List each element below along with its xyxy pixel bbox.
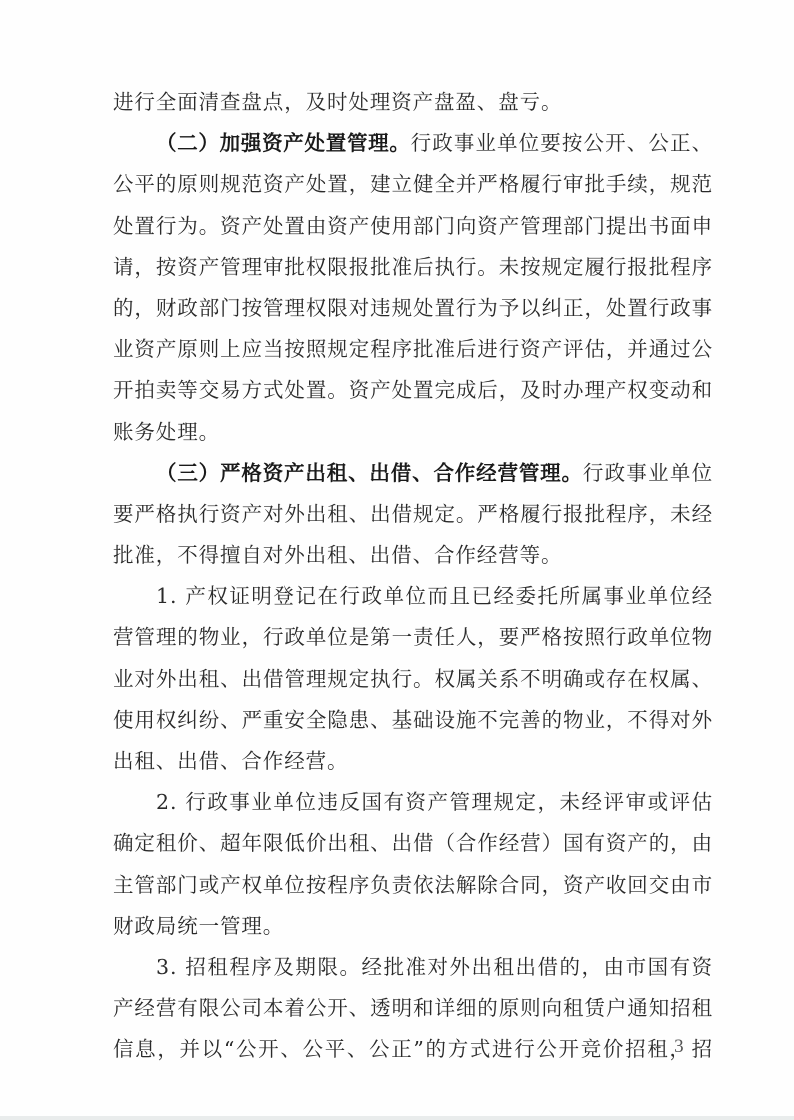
page-number: - 3 - (655, 1036, 707, 1058)
text-line: 的，财政部门按管理权限对违规处置行为予以纠正，处置行政事 (113, 288, 713, 329)
text-line: 主管部门或产权单位按程序负责依法解除合同，资产收回交由市 (113, 865, 713, 906)
section-heading: （二）加强资产处置管理。 (156, 131, 411, 155)
text-line: 营管理的物业，行政单位是第一责任人，要严格按照行政单位物 (113, 617, 713, 658)
line-text: 业对外出租、出借管理规定执行。权属关系不明确或存在权属、 (113, 667, 713, 691)
section-heading-line: （三）严格资产出租、出借、合作经营管理。行政事业单位 (113, 453, 713, 494)
text-line: 1. 产权证明登记在行政单位而且已经委托所属事业单位经 (113, 576, 713, 617)
line-text: 出租、出借、合作经营。 (113, 749, 348, 773)
text-line: 业对外出租、出借管理规定执行。权属关系不明确或存在权属、 (113, 659, 713, 700)
line-text: 信息，并以“公开、公平、公正”的方式进行公开竞价招租，招 (113, 1037, 713, 1061)
line-text: 业资产原则上应当按照规定程序批准后进行资产评估，并通过公 (113, 337, 713, 361)
document-page: 进行全面清查盘点，及时处理资产盘盈、盘亏。（二）加强资产处置管理。行政事业单位要… (0, 0, 794, 1120)
text-line: 业资产原则上应当按照规定程序批准后进行资产评估，并通过公 (113, 329, 713, 370)
line-text: 营管理的物业，行政单位是第一责任人，要严格按照行政单位物 (113, 625, 713, 649)
line-text: 财政局统一管理。 (113, 914, 284, 938)
text-line: 批准，不得擅自对外出租、出借、合作经营等。 (113, 535, 713, 576)
section-heading: （三）严格资产出租、出借、合作经营管理。 (156, 461, 583, 485)
line-text: 账务处理。 (113, 420, 220, 444)
text-line: 处置行为。资产处置由资产使用部门向资产管理部门提出书面申 (113, 206, 713, 247)
line-text: 1. 产权证明登记在行政单位而且已经委托所属事业单位经 (156, 584, 713, 608)
line-text: 的，财政部门按管理权限对违规处置行为予以纠正，处置行政事 (113, 296, 713, 320)
text-line: 账务处理。 (113, 412, 713, 453)
line-text: 要严格执行资产对外出租、出借规定。严格履行报批程序，未经 (113, 502, 713, 526)
line-text: 请，按资产管理审批权限报批准后执行。未按规定履行报批程序 (113, 255, 713, 279)
text-line: 3. 招租程序及期限。经批准对外出租出借的，由市国有资 (113, 947, 713, 988)
page-bottom-edge (0, 1116, 794, 1120)
line-text: 确定租价、超年限低价出租、出借（合作经营）国有资产的，由 (113, 831, 713, 855)
text-line: 要严格执行资产对外出租、出借规定。严格履行报批程序，未经 (113, 494, 713, 535)
line-text: 处置行为。资产处置由资产使用部门向资产管理部门提出书面申 (113, 214, 713, 238)
section-heading-line: （二）加强资产处置管理。行政事业单位要按公开、公正、 (113, 123, 713, 164)
text-line: 产经营有限公司本着公开、透明和详细的原则向租赁户通知招租 (113, 988, 713, 1029)
line-text: 行政事业单位 (583, 461, 713, 485)
text-line: 请，按资产管理审批权限报批准后执行。未按规定履行报批程序 (113, 247, 713, 288)
line-text: 2. 行政事业单位违反国有资产管理规定，未经评审或评估 (156, 790, 713, 814)
line-text: 公平的原则规范资产处置，建立健全并严格履行审批手续，规范 (113, 172, 713, 196)
text-line: 开拍卖等交易方式处置。资产处置完成后，及时办理产权变动和 (113, 370, 713, 411)
text-line: 进行全面清查盘点，及时处理资产盘盈、盘亏。 (113, 82, 713, 123)
text-line: 使用权纠纷、严重安全隐患、基础设施不完善的物业，不得对外 (113, 700, 713, 741)
line-text: 进行全面清查盘点，及时处理资产盘盈、盘亏。 (113, 90, 562, 114)
line-text: 产经营有限公司本着公开、透明和详细的原则向租赁户通知招租 (113, 996, 713, 1020)
line-text: 使用权纠纷、严重安全隐患、基础设施不完善的物业，不得对外 (113, 708, 713, 732)
line-text: 3. 招租程序及期限。经批准对外出租出借的，由市国有资 (156, 955, 713, 979)
text-line: 2. 行政事业单位违反国有资产管理规定，未经评审或评估 (113, 782, 713, 823)
line-text: 行政事业单位要按公开、公正、 (411, 131, 713, 155)
text-line: 确定租价、超年限低价出租、出借（合作经营）国有资产的，由 (113, 823, 713, 864)
line-text: 主管部门或产权单位按程序负责依法解除合同，资产收回交由市 (113, 873, 713, 897)
document-body: 进行全面清查盘点，及时处理资产盘盈、盘亏。（二）加强资产处置管理。行政事业单位要… (113, 82, 713, 1071)
line-text: 开拍卖等交易方式处置。资产处置完成后，及时办理产权变动和 (113, 378, 713, 402)
text-line: 财政局统一管理。 (113, 906, 713, 947)
line-text: 批准，不得擅自对外出租、出借、合作经营等。 (113, 543, 562, 567)
text-line: 出租、出借、合作经营。 (113, 741, 713, 782)
text-line: 信息，并以“公开、公平、公正”的方式进行公开竞价招租，招 (113, 1029, 713, 1070)
text-line: 公平的原则规范资产处置，建立健全并严格履行审批手续，规范 (113, 164, 713, 205)
